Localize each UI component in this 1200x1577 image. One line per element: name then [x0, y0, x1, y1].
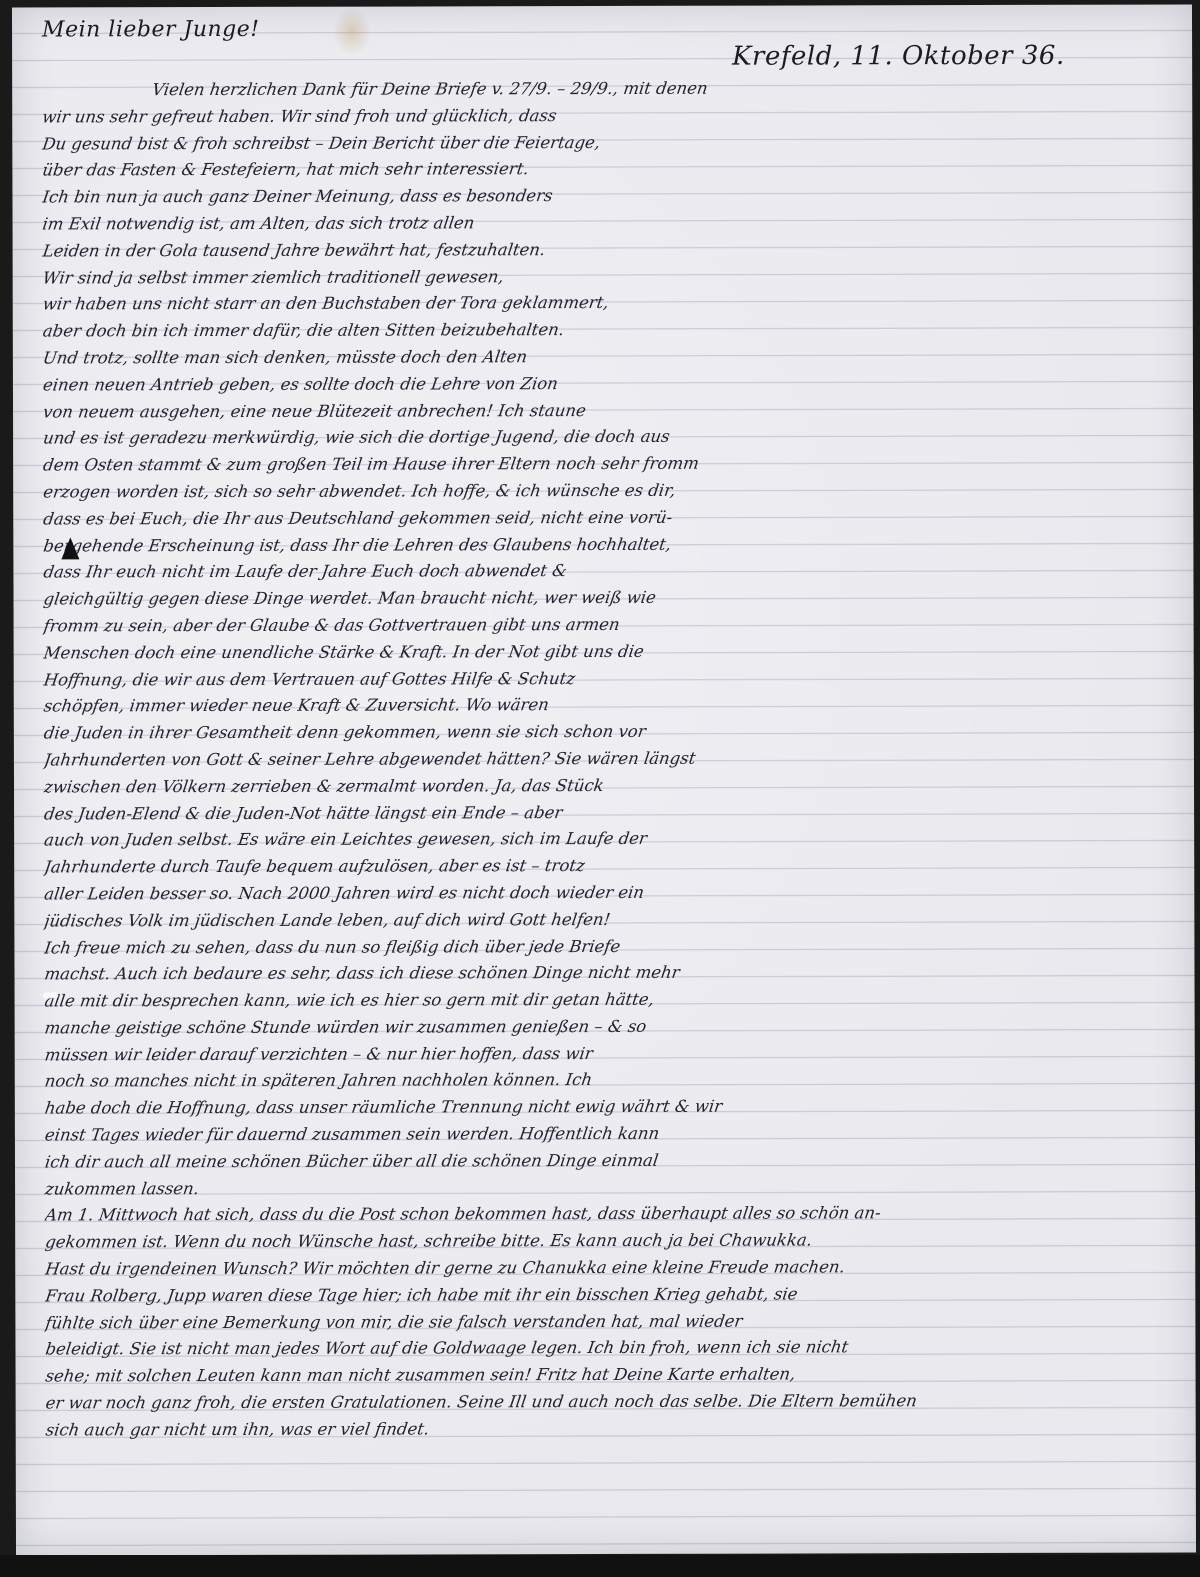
letter-line: einen neuen Antrieb geben, es sollte doc…: [41, 369, 1175, 399]
punch-hole: [61, 537, 79, 559]
letter-line: Hoffnung, die wir aus dem Vertrauen auf …: [42, 664, 1176, 694]
letter-line: Ich bin nun ja auch ganz Deiner Meinung,…: [41, 182, 1175, 212]
letter-line: und es ist geradezu merkwürdig, wie sich…: [41, 423, 1175, 453]
letter-line: erzogen worden ist, sich so sehr abwende…: [41, 476, 1175, 506]
letter-line: Jahrhunderten von Gott & seiner Lehre ab…: [42, 744, 1176, 774]
letter-line: fromm zu sein, aber der Glaube & das Got…: [42, 610, 1176, 640]
letter-line: wir haben uns nicht starr an den Buchsta…: [41, 289, 1175, 319]
letter-greeting: Mein lieber Junge!: [42, 17, 260, 43]
letter-dateline: Krefeld, 11. Oktober 36.: [732, 41, 1065, 72]
paper-stain: [332, 7, 372, 57]
letter-line: zukommen lassen.: [43, 1173, 1177, 1203]
letter-line: bergehende Erscheinung ist, dass Ihr die…: [42, 530, 1176, 560]
letter-line: dem Osten stammt & zum großen Teil im Ha…: [41, 450, 1175, 480]
letter-line: beleidigt. Sie ist nicht man jedes Wort …: [44, 1334, 1178, 1364]
letter-line: einst Tages wieder für dauernd zusammen …: [43, 1120, 1177, 1150]
letter-line: Am 1. Mittwoch hat sich, dass du die Pos…: [43, 1200, 1177, 1230]
letter-line: im Exil notwendig ist, am Alten, das sic…: [41, 208, 1175, 238]
letter-line: die Juden in ihrer Gesamtheit denn gekom…: [42, 718, 1176, 748]
letter-line: sehe; mit solchen Leuten kann man nicht …: [44, 1361, 1178, 1391]
letter-line: wir uns sehr gefreut haben. Wir sind fro…: [40, 101, 1174, 131]
letter-line: ich dir auch all meine schönen Bücher üb…: [43, 1146, 1177, 1176]
letter-line: Jahrhunderte durch Taufe bequem aufzulös…: [42, 852, 1176, 882]
letter-line: Menschen doch eine unendliche Stärke & K…: [42, 637, 1176, 667]
letter-line: dass Ihr euch nicht im Laufe der Jahre E…: [42, 557, 1176, 587]
letter-line: noch so manches nicht in späteren Jahren…: [43, 1066, 1177, 1096]
letter-line: dass es bei Euch, die Ihr aus Deutschlan…: [41, 503, 1175, 533]
letter-page: Mein lieber Junge! Krefeld, 11. Oktober …: [12, 4, 1196, 1555]
letter-line: Und trotz, sollte man sich denken, müsst…: [41, 342, 1175, 372]
letter-line: er war noch ganz froh, die ersten Gratul…: [44, 1388, 1178, 1418]
letter-line: Du gesund bist & froh schreibst – Dein B…: [40, 128, 1174, 158]
letter-line: manche geistige schöne Stunde würden wir…: [43, 1012, 1177, 1042]
scan-border: [0, 1555, 1200, 1577]
letter-line: des Juden-Elend & die Juden-Not hätte lä…: [42, 798, 1176, 828]
letter-body: Vielen herzlichen Dank für Deine Briefe …: [42, 75, 1176, 1445]
letter-line: aber doch bin ich immer dafür, die alten…: [41, 316, 1175, 346]
letter-line: Vielen herzlichen Dank für Deine Briefe …: [40, 75, 1174, 105]
letter-line: gleichgültig gegen diese Dinge werdet. M…: [42, 584, 1176, 614]
letter-line: machst. Auch ich bedaure es sehr, dass i…: [43, 959, 1177, 989]
paper-tear: [43, 992, 59, 998]
letter-line: über das Fasten & Festefeiern, hat mich …: [41, 155, 1175, 185]
letter-line: jüdisches Volk im jüdischen Lande leben,…: [43, 905, 1177, 935]
letter-line: Frau Rolberg, Jupp waren diese Tage hier…: [44, 1280, 1178, 1310]
letter-line: aller Leiden besser so. Nach 2000 Jahren…: [42, 878, 1176, 908]
letter-line: gekommen ist. Wenn du noch Wünsche hast,…: [43, 1227, 1177, 1257]
letter-line: fühlte sich über eine Bemerkung von mir,…: [44, 1307, 1178, 1337]
letter-line: Ich freue mich zu sehen, dass du nun so …: [43, 932, 1177, 962]
letter-line: zwischen den Völkern zerrieben & zermalm…: [42, 771, 1176, 801]
letter-line: Leiden in der Gola tausend Jahre bewährt…: [41, 235, 1175, 265]
letter-line: alle mit dir besprechen kann, wie ich es…: [43, 986, 1177, 1016]
letter-line: schöpfen, immer wieder neue Kraft & Zuve…: [42, 691, 1176, 721]
letter-line: von neuem ausgehen, eine neue Blütezeit …: [41, 396, 1175, 426]
letter-line: sich auch gar nicht um ihn, was er viel …: [44, 1414, 1178, 1444]
letter-line: Wir sind ja selbst immer ziemlich tradit…: [41, 262, 1175, 292]
letter-line: Hast du irgendeinen Wunsch? Wir möchten …: [43, 1254, 1177, 1284]
letter-line: auch von Juden selbst. Es wäre ein Leich…: [42, 825, 1176, 855]
letter-line: habe doch die Hoffnung, dass unser räuml…: [43, 1093, 1177, 1123]
letter-line: müssen wir leider darauf verzichten – & …: [43, 1039, 1177, 1069]
